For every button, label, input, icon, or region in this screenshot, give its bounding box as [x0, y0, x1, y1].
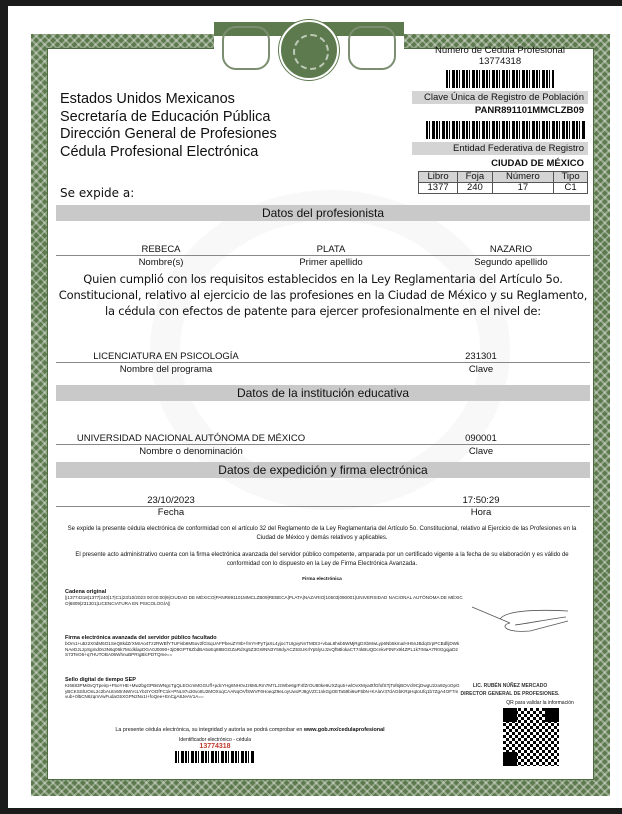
program-name: LICENCIATURA EN PSICOLOGÍA — [76, 351, 256, 362]
first-surname: PLATA — [266, 244, 396, 255]
program-row: LICENCIATURA EN PSICOLOGÍA 231301 Nombre… — [56, 351, 590, 381]
electronic-signature-title: Firma electrónica — [60, 577, 584, 582]
curp-barcode — [426, 121, 586, 139]
original-chain: ||13774318|1377|240|17|C1|23/10/2023 00:… — [65, 595, 465, 606]
header-line-document-type: Cédula Profesional Electrónica — [60, 144, 277, 162]
header-libro: Libro — [419, 172, 458, 183]
program-key: 231301 — [436, 351, 526, 362]
signer-block: LIC. RUBÉN NÚÑEZ MERCADO DIRECTOR GENERA… — [430, 682, 590, 698]
institution-row: UNIVERSIDAD NACIONAL AUTÓNOMA DE MÉXICO … — [56, 433, 590, 463]
first-name-label: Nombre(s) — [96, 257, 226, 268]
timestamp-seal: KI6683PMi0vQTpeirp+F5oYHE+Mw2bgGPBsWNgcT… — [65, 683, 460, 700]
electronic-identifier-block: Identificador electrónico - cédula 13774… — [160, 737, 270, 766]
section-institucion: Datos de la institución educativa — [56, 385, 590, 401]
issuer-header: Estados Unidos Mexicanos Secretaría de E… — [60, 91, 277, 161]
identifier-barcode — [175, 751, 255, 763]
cedula-number: 13774318 — [412, 56, 588, 67]
registry-table: Libro Foja Número Tipo 1377 240 17 C1 — [418, 171, 588, 194]
section-expedicion: Datos de expedición y firma electrónica — [56, 462, 590, 478]
handwritten-signature — [470, 603, 570, 637]
first-name: REBECA — [96, 244, 226, 255]
timestamp-seal-block: Sello digital de tiempo SEP KI6683PMi0vQ… — [65, 677, 460, 700]
legal-paragraph-1: Se expide la presente cédula electrónica… — [60, 525, 584, 542]
national-coat-of-arms — [214, 22, 404, 78]
qr-label: QR para validar la información — [490, 700, 590, 706]
registry-block: Número de Cédula Profesional 13774318 Cl… — [412, 45, 588, 194]
original-chain-block: Cadena original ||13774318|1377|240|17|C… — [65, 589, 465, 606]
institution-key: 090001 — [436, 433, 526, 444]
validation-qr-code[interactable] — [503, 708, 559, 766]
issue-time: 17:50:29 — [436, 495, 526, 506]
curp-value: PANR891101MMCLZB09 — [412, 104, 588, 118]
program-name-label: Nombre del programa — [76, 364, 256, 375]
electronic-identifier: 13774318 — [160, 743, 270, 750]
value-tipo: C1 — [554, 183, 588, 194]
header-line-secretariat: Secretaría de Educación Pública — [60, 109, 277, 127]
issue-time-label: Hora — [436, 507, 526, 518]
issued-to-label: Se expide a: — [60, 186, 134, 200]
header-foja: Foja — [458, 172, 492, 183]
advanced-signature-block: Firma electrónica avanzada del servidor … — [65, 635, 460, 658]
value-foja: 240 — [458, 183, 492, 194]
value-numero: 17 — [492, 183, 554, 194]
verification-sentence: La presente cédula electrónica, su integ… — [115, 727, 304, 733]
section-profesionista: Datos del profesionista — [56, 205, 590, 221]
verification-link[interactable]: www.gob.mx/cedulaprofesional — [304, 727, 385, 733]
header-line-country: Estados Unidos Mexicanos — [60, 91, 277, 109]
signer-name: LIC. RUBÉN NÚÑEZ MERCADO — [430, 682, 590, 690]
first-surname-label: Primer apellido — [266, 257, 396, 268]
institution-key-label: Clave — [436, 446, 526, 457]
curp-label: Clave Única de Registro de Población — [412, 91, 588, 104]
value-libro: 1377 — [419, 183, 458, 194]
header-tipo: Tipo — [554, 172, 588, 183]
program-key-label: Clave — [436, 364, 526, 375]
certification-statement: Quien cumplió con los requisitos estable… — [56, 271, 590, 319]
institution-name: UNIVERSIDAD NACIONAL AUTÓNOMA DE MÉXICO — [76, 433, 306, 444]
second-surname-label: Segundo apellido — [446, 257, 576, 268]
advanced-signature: bOm1+u5z2X0dM6O1SeQ8kdZrXMrAo4Tz2RWBfYTU… — [65, 641, 460, 658]
expedition-row: 23/10/2023 17:50:29 Fecha Hora — [56, 495, 590, 525]
entidad-value: CIUDAD DE MÉXICO — [412, 157, 588, 171]
header-numero: Número — [492, 172, 554, 183]
institution-name-label: Nombre o denominación — [76, 446, 306, 457]
legal-paragraph-2: El presente acto administrativo cuenta c… — [60, 551, 584, 568]
person-name-row: REBECA PLATA NAZARIO Nombre(s) Primer ap… — [56, 244, 590, 274]
eagle-seal-icon — [279, 20, 339, 80]
cedula-number-label: Número de Cédula Profesional — [412, 45, 588, 56]
cedula-barcode — [446, 70, 554, 88]
issue-date: 23/10/2023 — [116, 495, 226, 506]
header-line-directorate: Dirección General de Profesiones — [60, 126, 277, 144]
verification-text: La presente cédula electrónica, su integ… — [65, 727, 435, 733]
signer-title: DIRECTOR GENERAL DE PROFESIONES. — [430, 690, 590, 698]
entidad-label: Entidad Federativa de Registro — [412, 142, 588, 155]
issue-date-label: Fecha — [116, 507, 226, 518]
second-surname: NAZARIO — [446, 244, 576, 255]
